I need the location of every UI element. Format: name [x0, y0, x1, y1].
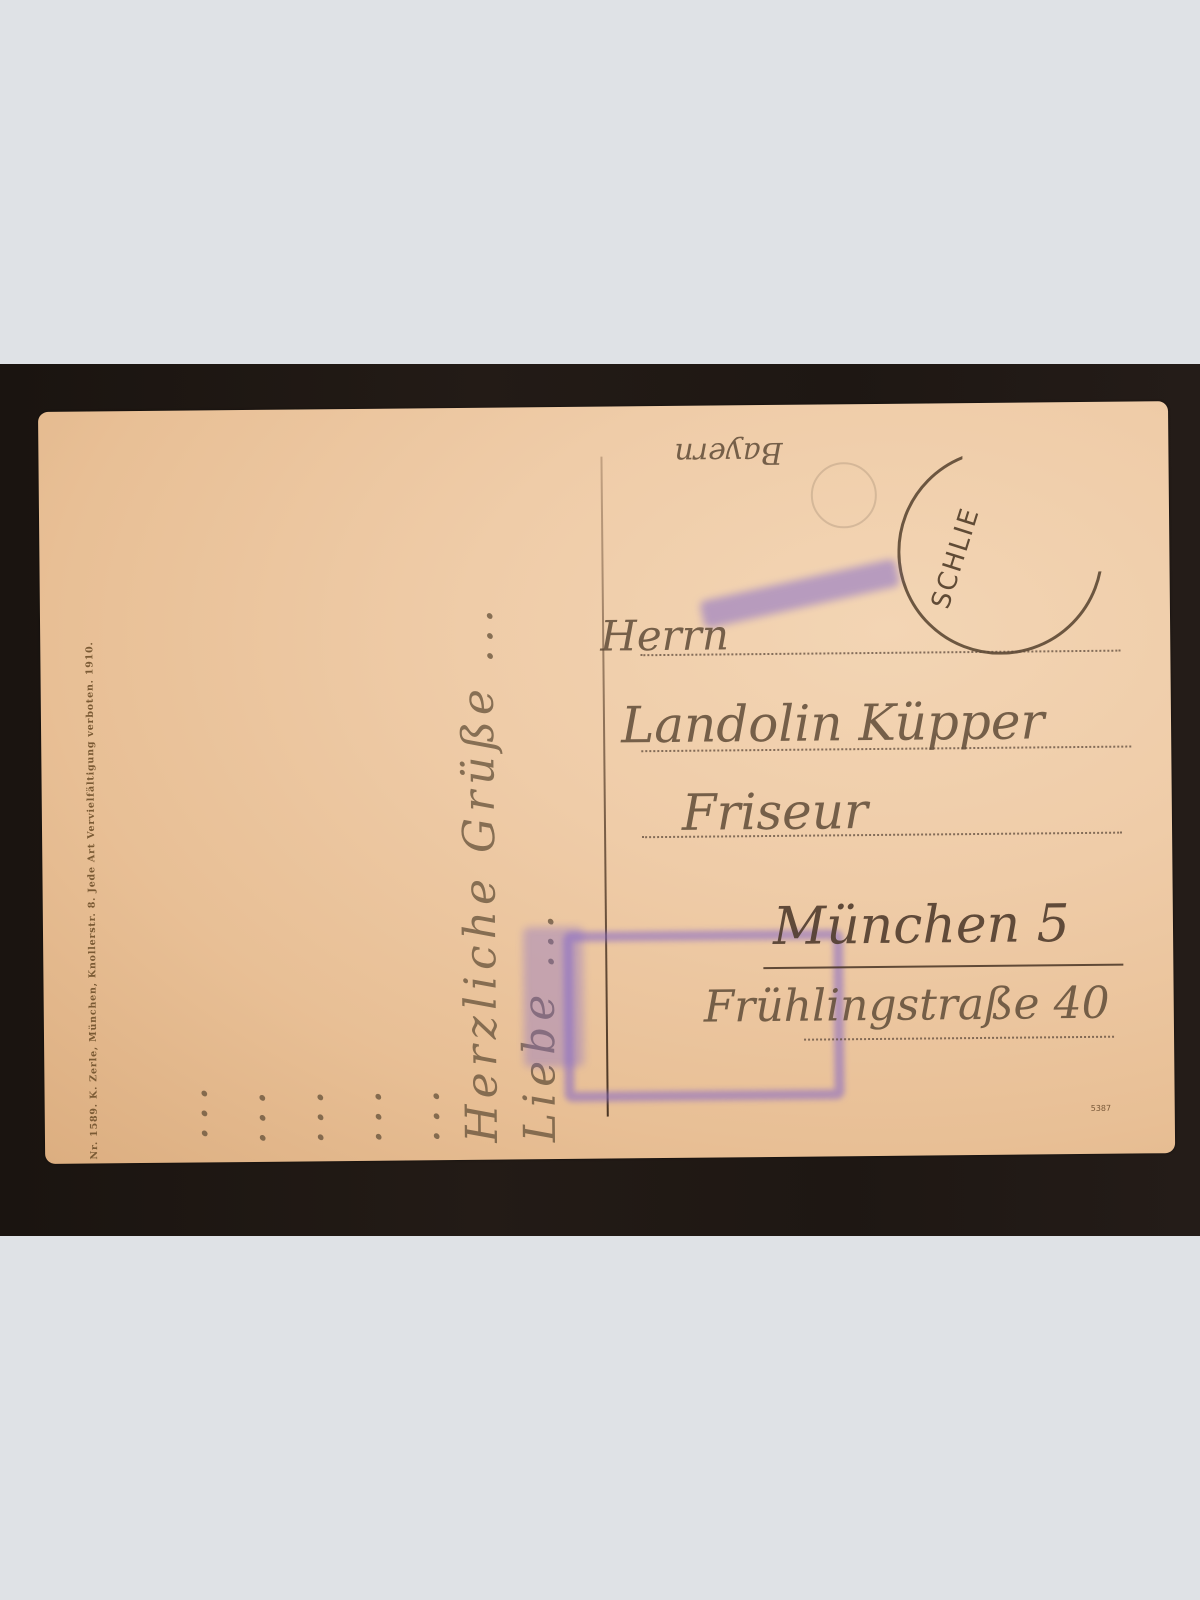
message-line: ...: [282, 1084, 334, 1144]
address-city: München 5: [773, 894, 1070, 957]
photo-backdrop: Nr. 1589. K. Zerle, München, Knollerstr.…: [0, 364, 1200, 1236]
address-region-note: Bayern: [674, 435, 783, 471]
message-line: Herzliche Grüße ...: [452, 603, 508, 1143]
address-name: Landolin Küpper: [621, 692, 1045, 754]
postmark-icon: [896, 448, 1104, 656]
censor-stamp-smudge: [523, 927, 584, 1068]
publisher-imprint: Nr. 1589. K. Zerle, München, Knollerstr.…: [84, 641, 100, 1159]
faint-postmark-icon: [811, 462, 878, 529]
message-line: ...: [398, 1083, 450, 1143]
message-line: ...: [340, 1084, 392, 1144]
censor-stamp-upper: [699, 558, 900, 629]
address-street: Frühlingstraße 40: [703, 978, 1109, 1033]
postcard-back: Nr. 1589. K. Zerle, München, Knollerstr.…: [38, 401, 1175, 1164]
address-occupation: Friseur: [682, 782, 868, 842]
message-line: ...: [224, 1085, 276, 1145]
address-line-4: [804, 1036, 1114, 1041]
message-line: ...: [166, 1080, 218, 1140]
plate-number: 5387: [1091, 1104, 1111, 1113]
